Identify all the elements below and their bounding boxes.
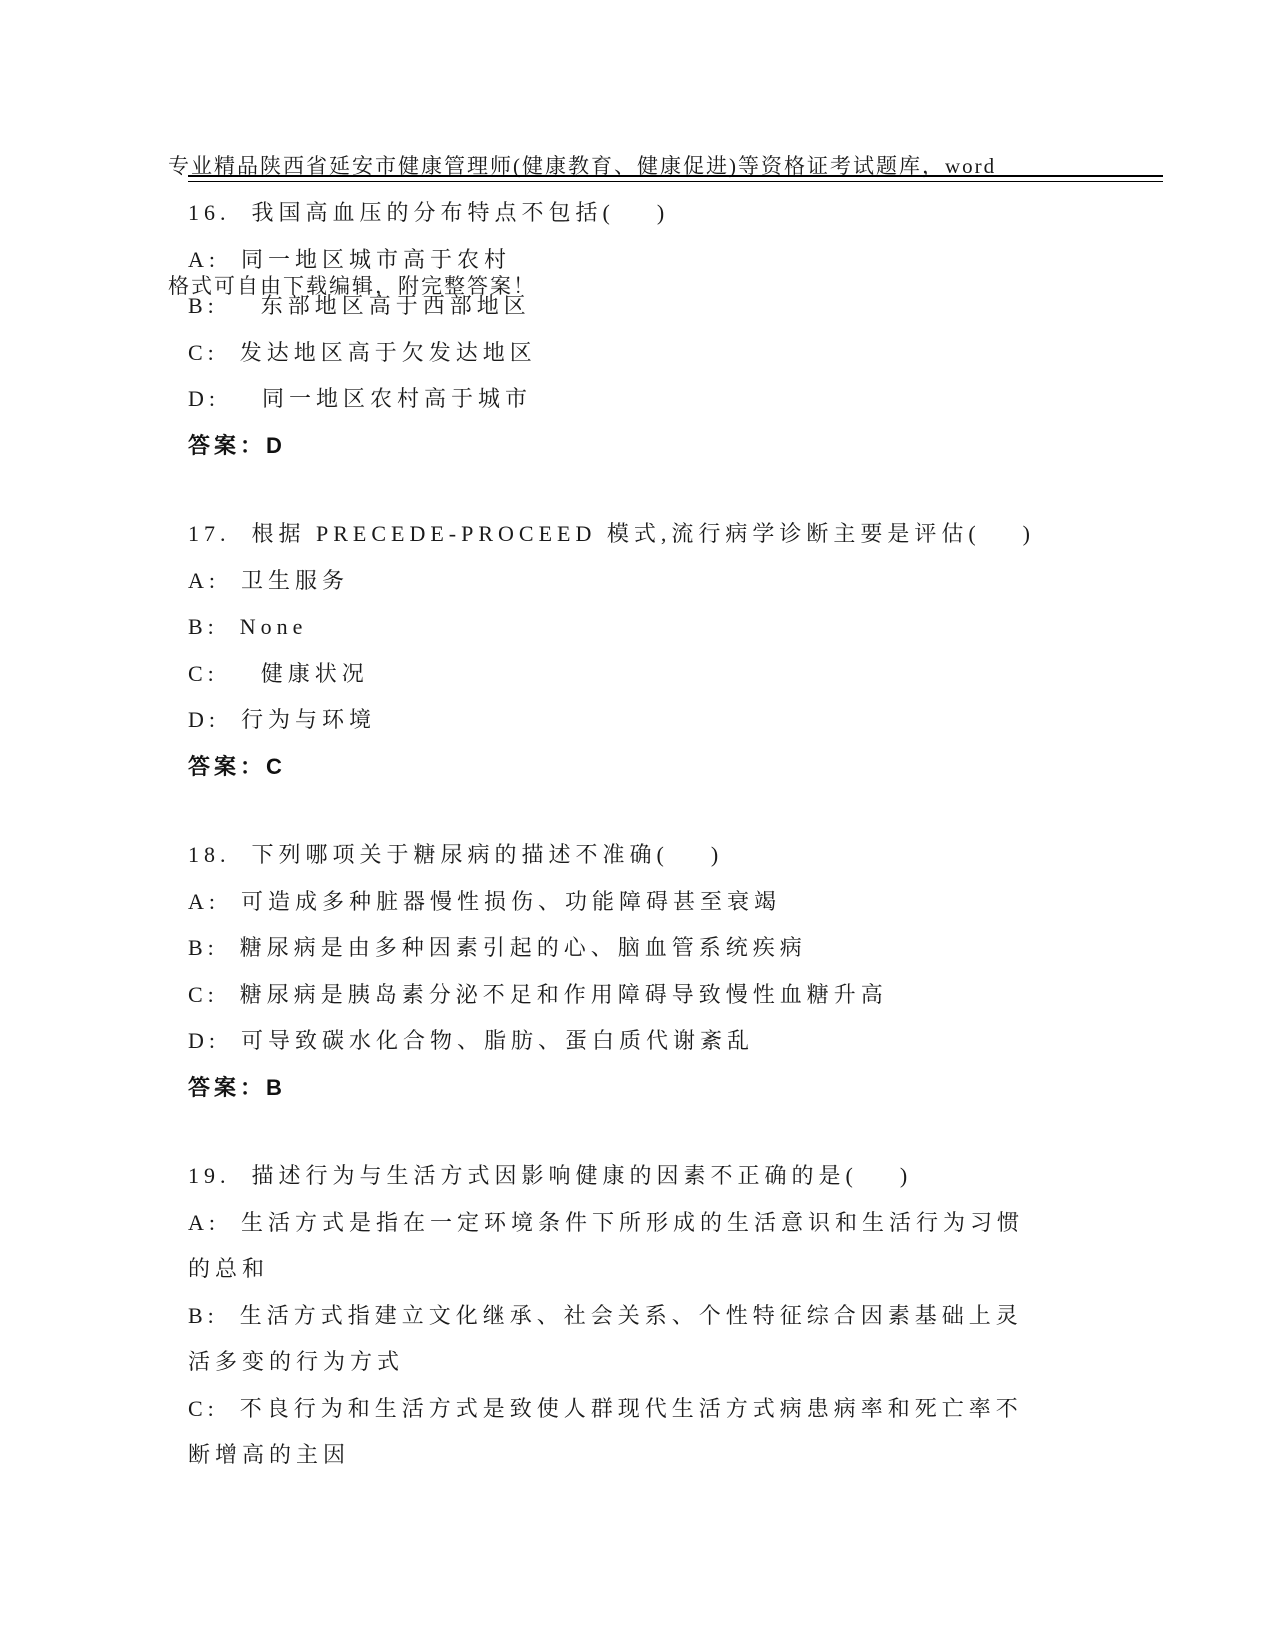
question-text: 17. 根据 PRECEDE-PROCEED 模式,流行病学诊断主要是评估( ) — [188, 511, 1153, 558]
question-block: 17. 根据 PRECEDE-PROCEED 模式,流行病学诊断主要是评估( )… — [188, 511, 1153, 790]
option-text: B: 东部地区高于西部地区 — [188, 283, 1153, 330]
question-block: 19. 描述行为与生活方式因影响健康的因素不正确的是( ) A: 生活方式是指在… — [188, 1153, 1153, 1479]
question-block: 18. 下列哪项关于糖尿病的描述不准确( ) A: 可造成多种脏器慢性损伤、功能… — [188, 832, 1153, 1111]
answer-text: 答案：D — [188, 423, 1153, 470]
option-text: A: 卫生服务 — [188, 558, 1153, 605]
page: 专业精品陕西省延安市健康管理师(健康教育、健康促进)等资格证考试题库，word … — [0, 0, 1275, 1650]
option-group: A: 卫生服务B: NoneC: 健康状况D: 行为与环境 — [188, 558, 1153, 744]
question-list: 16. 我国高血压的分布特点不包括( ) A: 同一地区城市高于农村B: 东部地… — [188, 190, 1153, 1521]
option-text: B: 糖尿病是由多种因素引起的心、脑血管系统疾病 — [188, 925, 1153, 972]
option-text: C: 糖尿病是胰岛素分泌不足和作用障碍导致慢性血糖升高 — [188, 972, 1153, 1019]
option-text: A: 同一地区城市高于农村 — [188, 237, 1153, 284]
option-text: D: 可导致碳水化合物、脂肪、蛋白质代谢紊乱 — [188, 1018, 1153, 1065]
option-group: A: 生活方式是指在一定环境条件下所形成的生活意识和生活行为习惯 的总和B: 生… — [188, 1200, 1153, 1479]
option-text: C: 发达地区高于欠发达地区 — [188, 330, 1153, 377]
option-group: A: 同一地区城市高于农村B: 东部地区高于西部地区C: 发达地区高于欠发达地区… — [188, 237, 1153, 423]
option-text: C: 健康状况 — [188, 651, 1153, 698]
answer-text: 答案：B — [188, 1065, 1153, 1112]
option-text: A: 可造成多种脏器慢性损伤、功能障碍甚至衰竭 — [188, 879, 1153, 926]
option-text: B: 生活方式指建立文化继承、社会关系、个性特征综合因素基础上灵 活多变的行为方… — [188, 1293, 1153, 1386]
option-text: A: 生活方式是指在一定环境条件下所形成的生活意识和生活行为习惯 的总和 — [188, 1200, 1153, 1293]
option-group: A: 可造成多种脏器慢性损伤、功能障碍甚至衰竭B: 糖尿病是由多种因素引起的心、… — [188, 879, 1153, 1065]
answer-text: 答案：C — [188, 744, 1153, 791]
option-text: C: 不良行为和生活方式是致使人群现代生活方式病患病率和死亡率不 断增高的主因 — [188, 1386, 1153, 1479]
question-block: 16. 我国高血压的分布特点不包括( ) A: 同一地区城市高于农村B: 东部地… — [188, 190, 1153, 469]
document-page: { "header": { "lines": [ "专业精品陕西省延安市健康管理… — [0, 0, 1275, 1650]
option-text: B: None — [188, 604, 1153, 651]
question-text: 16. 我国高血压的分布特点不包括( ) — [188, 190, 1153, 237]
option-text: D: 行为与环境 — [188, 697, 1153, 744]
header-divider-rule — [188, 175, 1163, 182]
option-text: D: 同一地区农村高于城市 — [188, 376, 1153, 423]
question-text: 19. 描述行为与生活方式因影响健康的因素不正确的是( ) — [188, 1153, 1153, 1200]
question-text: 18. 下列哪项关于糖尿病的描述不准确( ) — [188, 832, 1153, 879]
